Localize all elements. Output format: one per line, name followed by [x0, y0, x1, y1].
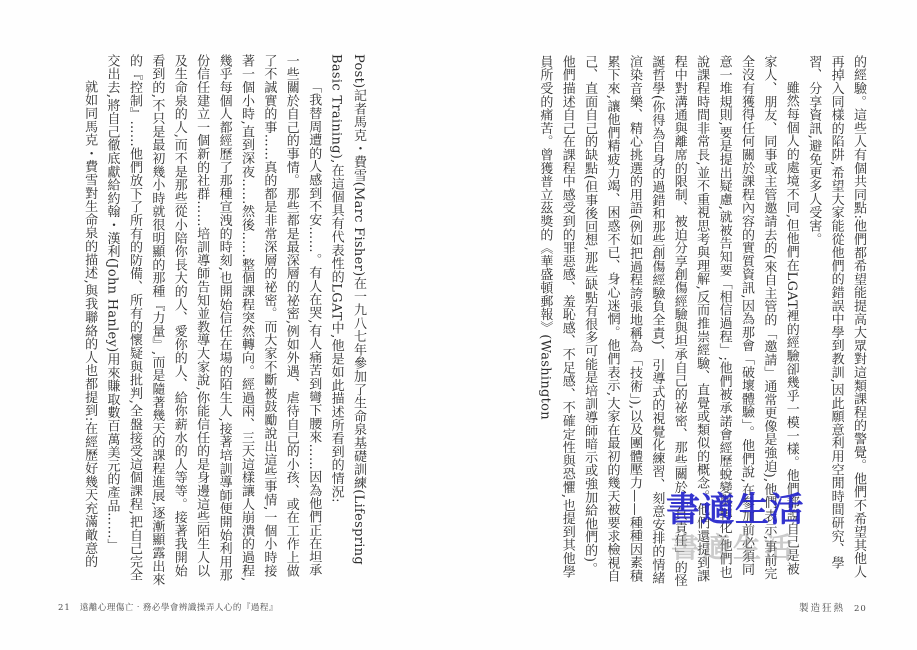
- page-right-footer: 製造狂熱20: [799, 600, 867, 614]
- paragraph: 雖然每個人的處境不同,但他們在LGAT裡的經驗卻幾乎一模一樣。他們都說自己是被家…: [533, 55, 802, 587]
- page-left-text: Post)記者馬克・費雪(Marc Fisher)在一九八七年參加了生命泉基礎訓…: [70, 54, 369, 588]
- paragraph: 的經驗。這些人有個共同點:他們都希望能提高大眾對這類課程的警覺。他們不希望其他人…: [802, 55, 869, 587]
- paragraph: 就如同馬克・費雪對生命泉的描述,與我聯絡的人也都提到:在經歷好幾天充滿敵意的: [78, 54, 100, 588]
- book-title: 製造狂熱: [799, 603, 845, 614]
- page-number-right: 20: [854, 604, 867, 614]
- book-spread: Post)記者馬克・費雪(Marc Fisher)在一九八七年參加了生命泉基礎訓…: [0, 0, 917, 650]
- chapter-title: 遠離心理傷亡‧務必學會辨識操弄人心的『過程』: [80, 603, 278, 613]
- page-right-text: 的經驗。這些人有個共同點:他們都希望能提高大眾對這類課程的警覺。他們不希望其他人…: [536, 55, 869, 587]
- paragraph: 「我替周遭的人感到不安……。有人在哭,有人痛苦到彎下腰來……因為他們正在坦承一些…: [100, 54, 324, 588]
- page-left-footer: 21遠離心理傷亡‧務必學會辨識操弄人心的『過程』: [58, 601, 278, 613]
- paragraph: Post)記者馬克・費雪(Marc Fisher)在一九八七年參加了生命泉基礎訓…: [324, 54, 369, 588]
- page-number-left: 21: [58, 603, 71, 613]
